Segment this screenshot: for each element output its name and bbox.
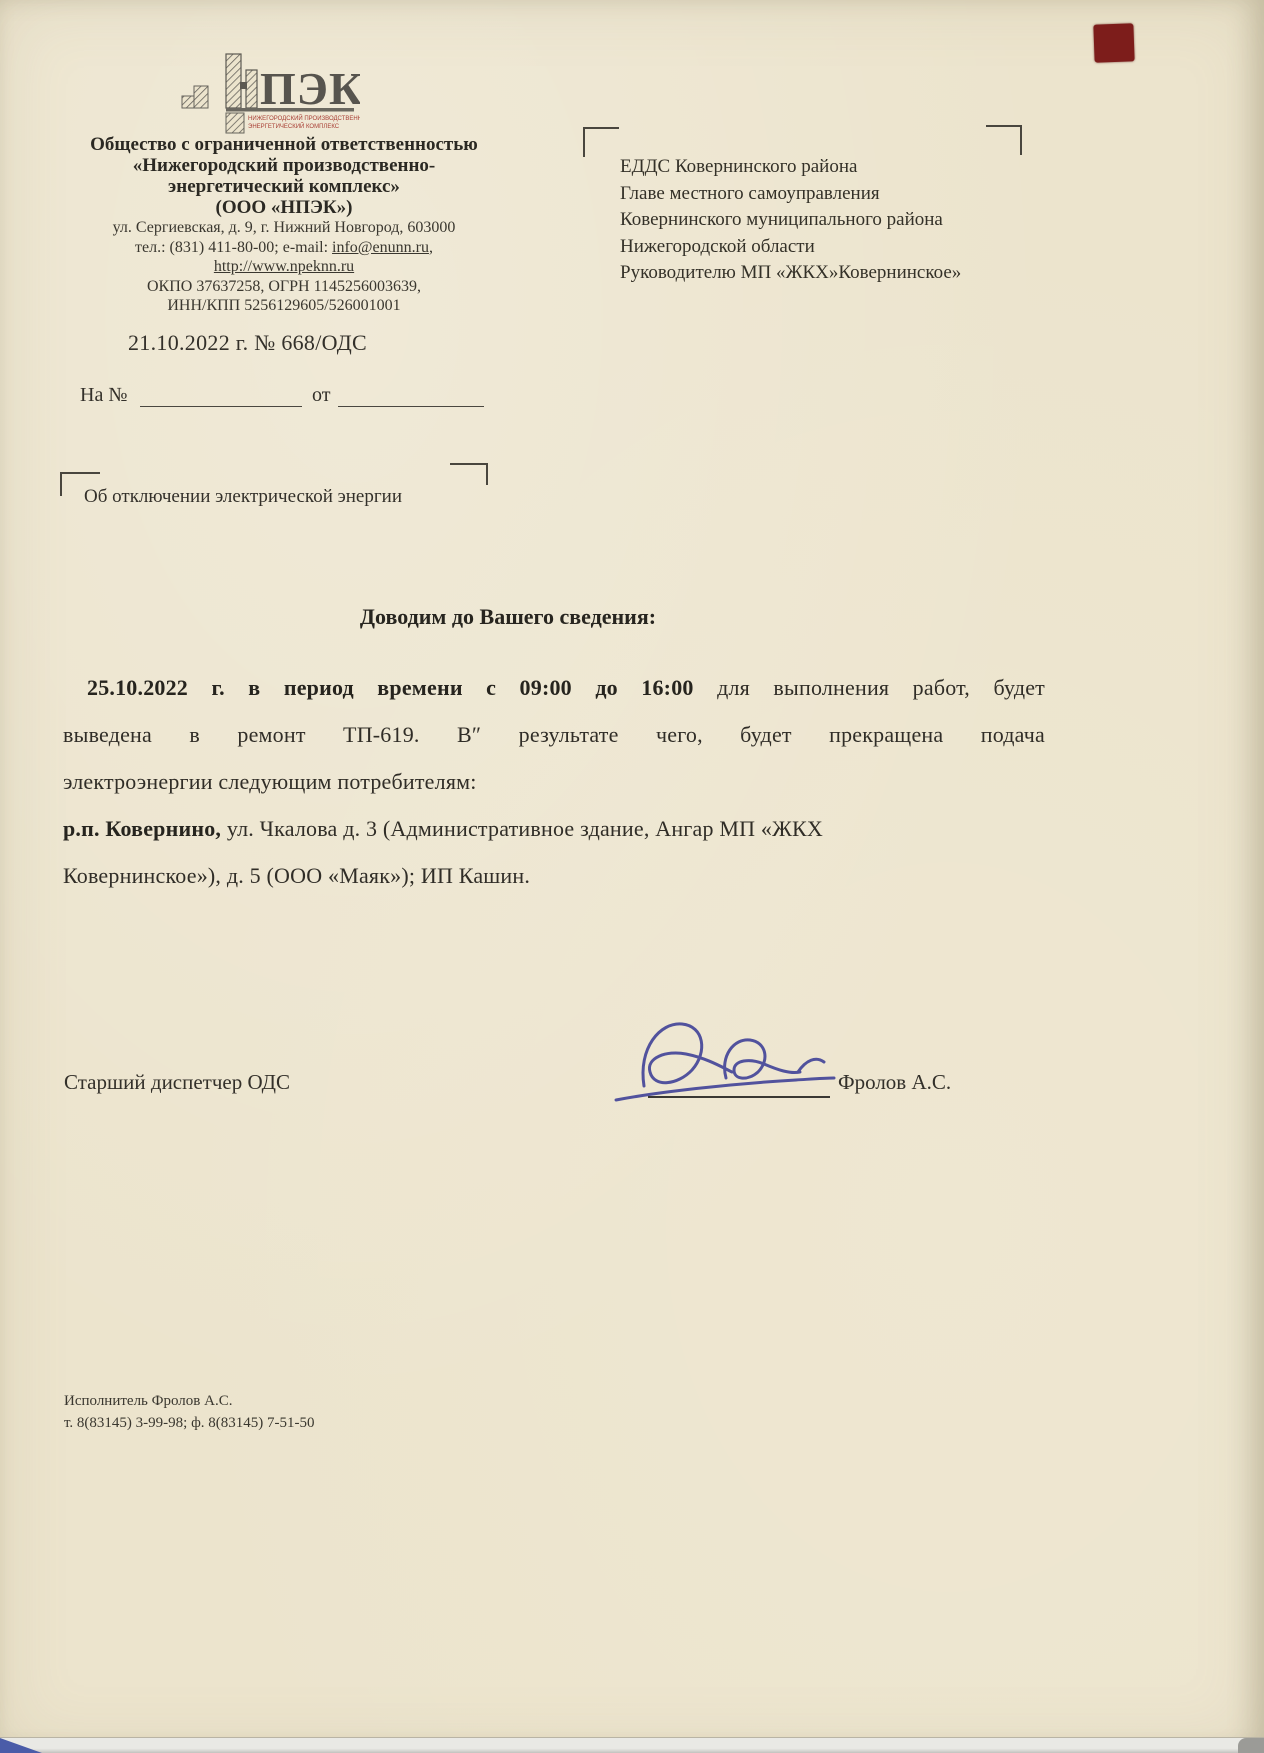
letterhead-block: Общество с ограниченной ответственностью… — [56, 134, 512, 316]
incoming-date-blank — [338, 406, 484, 407]
phone-suffix: , — [429, 239, 433, 256]
org-name-line2: «Нижегородский производственно- — [56, 155, 512, 176]
org-okpo-ogrn: ОКПО 37637258, ОГРН 1145256003639, — [56, 277, 512, 297]
outgoing-date-number: 21.10.2022 г. № 668/ОДС — [128, 330, 367, 356]
body-line: Ковернинское»), д. 5 (ООО «Маяк»); ИП Ка… — [63, 852, 1045, 899]
recipient-corner-mark-left — [583, 127, 619, 157]
incoming-reference-line: На № от — [64, 384, 524, 414]
logo-baseline-bar — [226, 108, 354, 112]
signature-line — [648, 1070, 830, 1098]
executor-name: Исполнитель Фролов А.С. — [64, 1390, 315, 1412]
incoming-number-blank — [140, 406, 302, 407]
scanner-gray-corner — [1238, 1738, 1264, 1753]
body-line: выведена в ремонт ТП-619. В″ результате … — [63, 711, 1045, 758]
org-phone-email: тел.: (831) 411-80-00; e-mail: info@enun… — [56, 238, 512, 258]
logo-building-block — [194, 86, 208, 108]
logo-chimney-bar — [246, 70, 257, 108]
recipient-line: Нижегородской области — [620, 234, 1010, 261]
scanned-letter-page: ПЭК НИЖЕГОРОДСКИЙ ПРОИЗВОДСТВЕННО- ЭНЕРГ… — [0, 0, 1264, 1753]
recipient-line: Руководителю МП «ЖКХ»Ковернинское» — [620, 260, 1010, 287]
ot-label: от — [312, 384, 330, 407]
body-line: электроэнергии следующим потребителям: — [63, 758, 1045, 805]
logo-caption-line2: ЭНЕРГЕТИЧЕСКИЙ КОМПЛЕКС — [248, 122, 340, 130]
handwritten-signature — [608, 1008, 858, 1123]
org-short-name: (ООО «НПЭК») — [56, 197, 512, 218]
body-line: р.п. Ковернино, ул. Чкалова д. 3 (Админи… — [63, 805, 1045, 852]
scanner-edge-strip — [0, 1737, 1264, 1753]
letter-body: 25.10.2022 г. в период времени с 09:00 д… — [63, 664, 1045, 899]
notice-heading: Доводим до Вашего сведения: — [17, 604, 999, 630]
subject-corner-mark-right — [450, 463, 488, 485]
website-link: http://www.npeknn.ru — [56, 257, 512, 277]
recipient-corner-mark-right — [986, 125, 1022, 155]
org-inn-kpp: ИНН/КПП 5256129605/526001001 — [56, 296, 512, 316]
signer-name: Фролов А.С. — [838, 1070, 951, 1095]
body-line: 25.10.2022 г. в период времени с 09:00 д… — [63, 664, 1045, 711]
red-stamp-mark — [1093, 23, 1134, 62]
letter-subject: Об отключении электрической энергии — [84, 486, 402, 508]
scanner-blue-corner — [0, 1738, 42, 1753]
body-line4-rest: ул. Чкалова д. 3 (Административное здани… — [221, 816, 823, 841]
npek-logo-graphic: ПЭК НИЖЕГОРОДСКИЙ ПРОИЗВОДСТВЕННО- ЭНЕРГ… — [180, 50, 360, 142]
body-bold-datetime: 25.10.2022 г. в период времени с 09:00 д… — [87, 675, 694, 700]
signer-position: Старший диспетчер ОДС — [64, 1070, 290, 1095]
recipient-line: ЕДДС Ковернинского района — [620, 154, 1010, 181]
phone-label: тел.: (831) 411-80-00; e-mail: — [135, 239, 332, 256]
org-address: ул. Сергиевская, д. 9, г. Нижний Новгоро… — [56, 218, 512, 238]
npek-logo: ПЭК НИЖЕГОРОДСКИЙ ПРОИЗВОДСТВЕННО- ЭНЕРГ… — [180, 50, 360, 142]
body-line1-rest: для выполнения работ, будет — [694, 675, 1045, 700]
executor-phones: т. 8(83145) 3-99-98; ф. 8(83145) 7-51-50 — [64, 1412, 315, 1434]
recipient-line: Главе местного самоуправления — [620, 181, 1010, 208]
org-name-line3: энергетический комплекс» — [56, 176, 512, 197]
logo-letters: ПЭК — [260, 63, 360, 114]
body-bold-settlement: р.п. Ковернино, — [63, 816, 221, 841]
org-name-line1: Общество с ограниченной ответственностью — [56, 134, 512, 155]
logo-lower-block — [226, 113, 244, 133]
email-link: info@enunn.ru — [332, 239, 429, 256]
logo-h-rung — [240, 82, 247, 89]
recipient-block: ЕДДС Ковернинского района Главе местного… — [620, 154, 1010, 287]
logo-chimney-bar — [226, 54, 241, 108]
na-no-label: На № — [80, 384, 127, 407]
recipient-line: Ковернинского муниципального района — [620, 207, 1010, 234]
logo-caption-line1: НИЖЕГОРОДСКИЙ ПРОИЗВОДСТВЕННО- — [248, 114, 360, 122]
executor-block: Исполнитель Фролов А.С. т. 8(83145) 3-99… — [64, 1390, 315, 1434]
